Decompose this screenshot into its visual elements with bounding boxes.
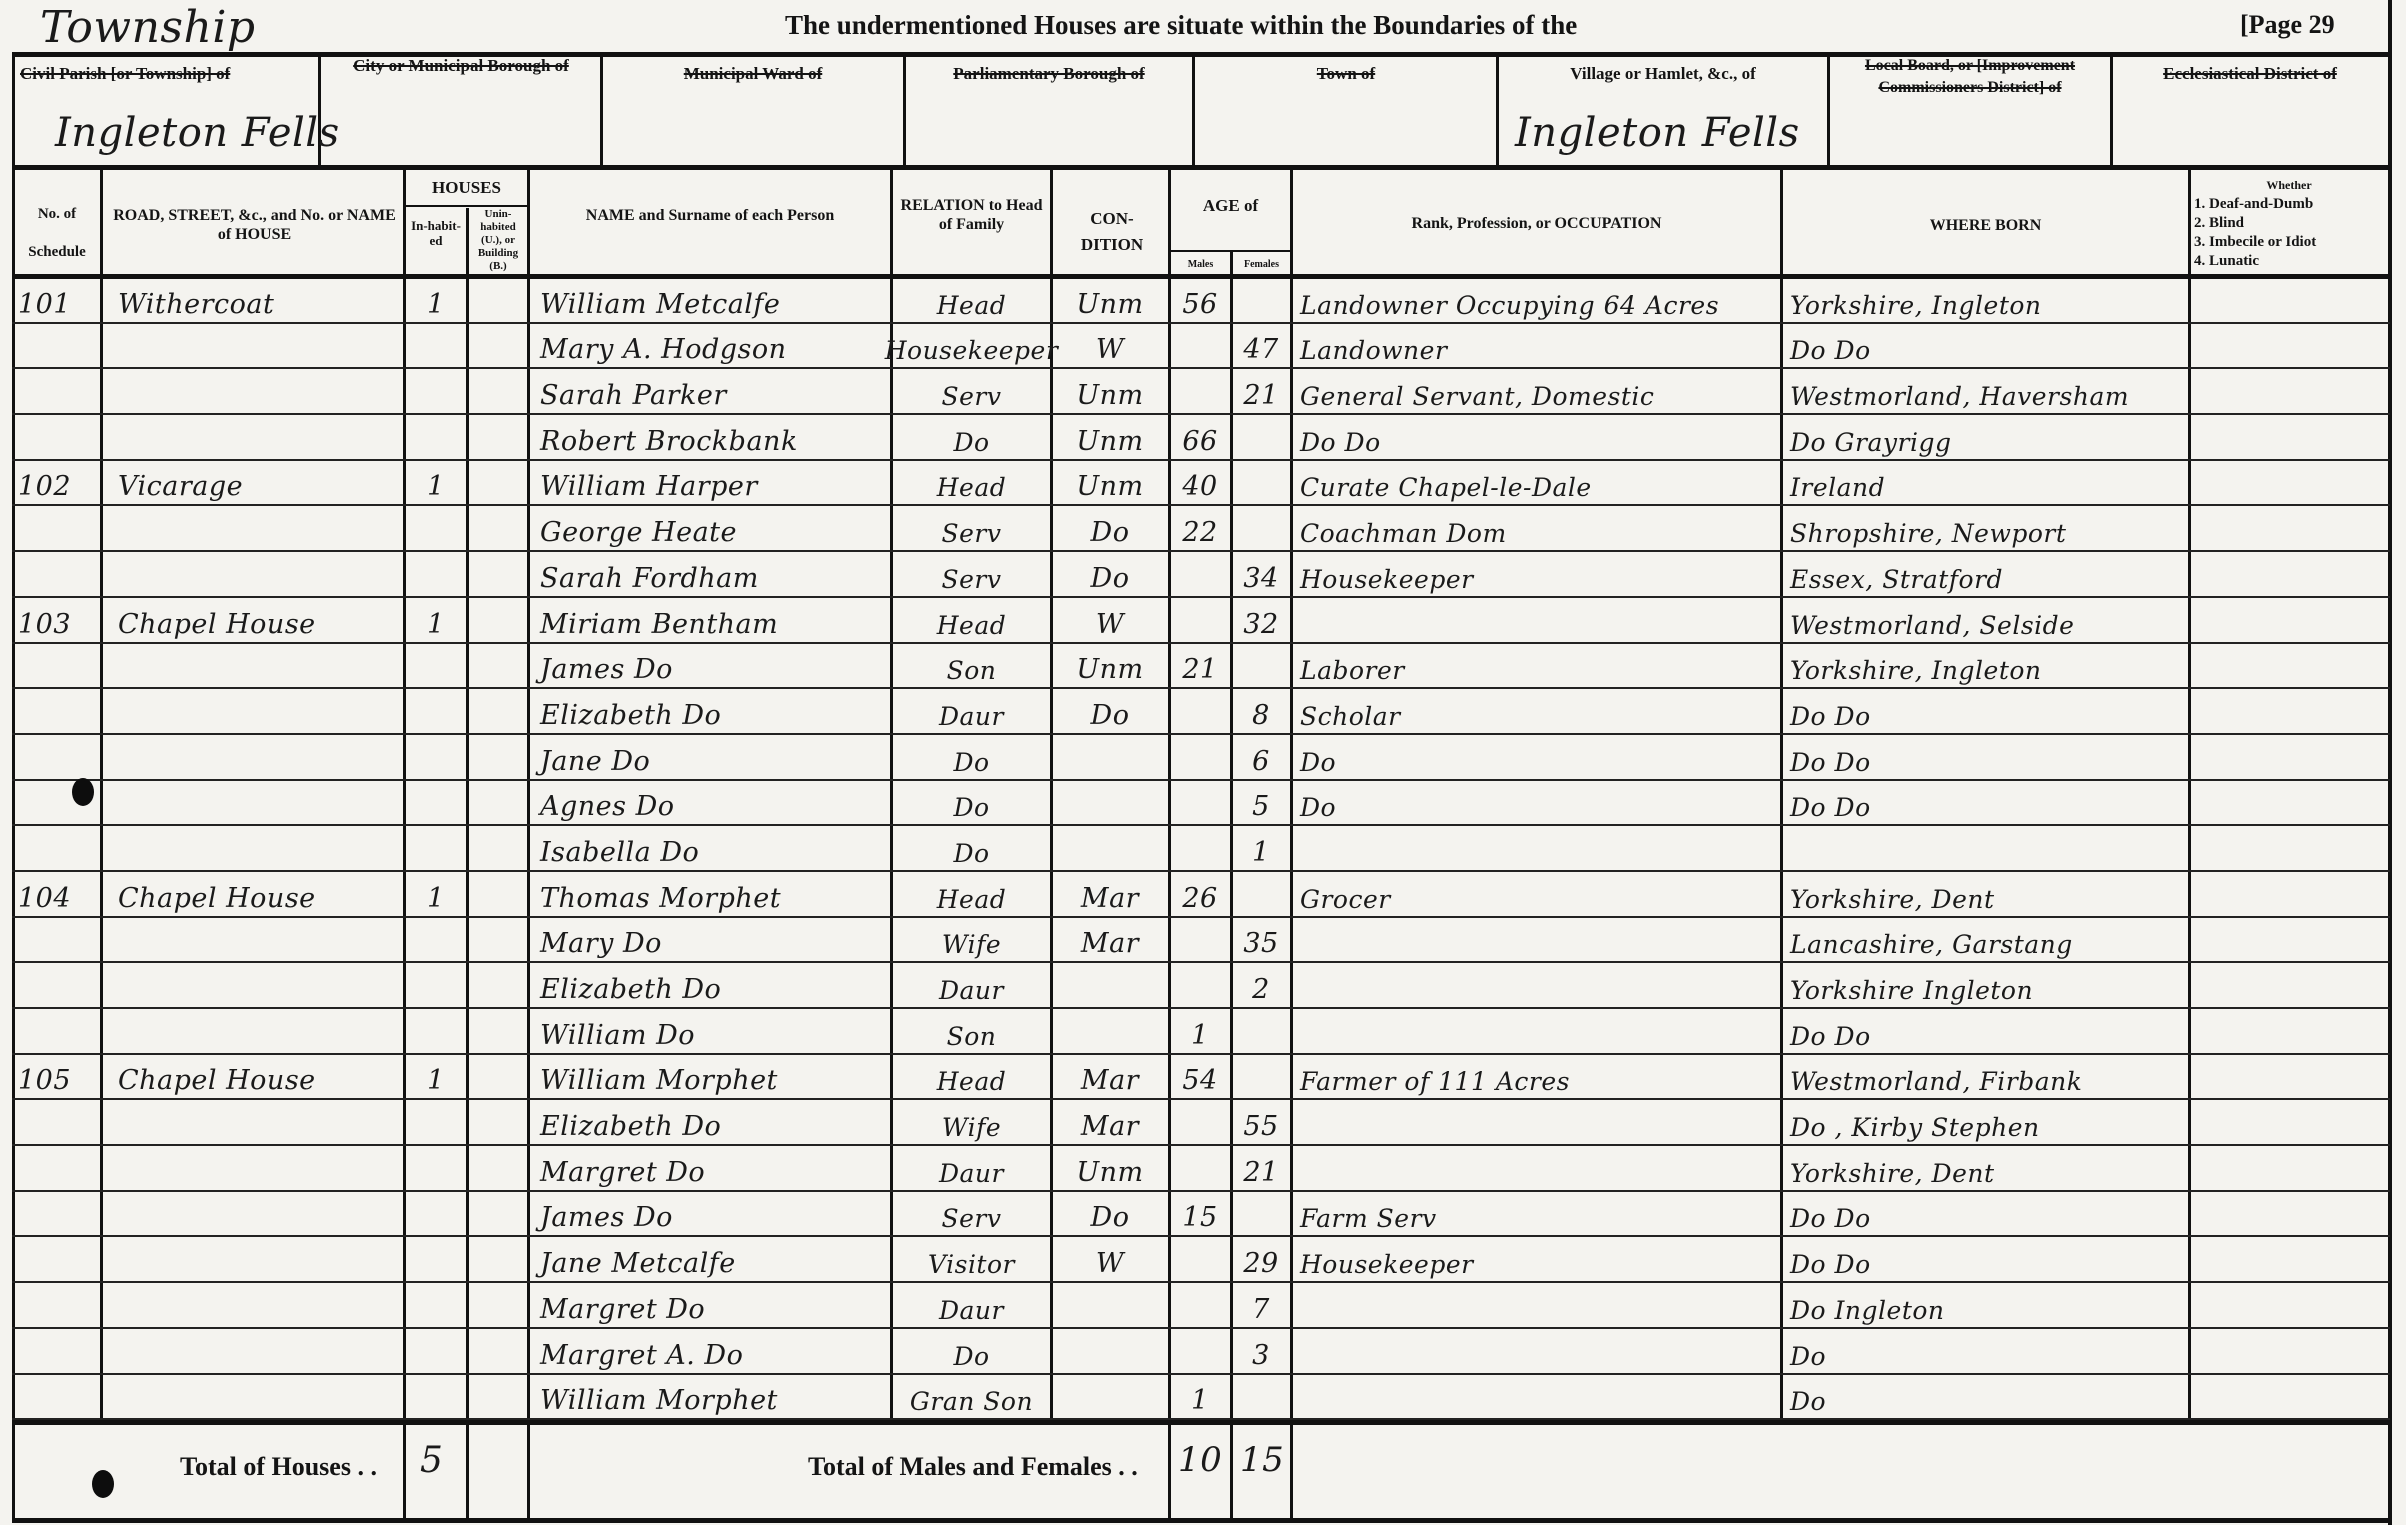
occupation bbox=[1300, 826, 1780, 872]
inhabited-count: 1 bbox=[406, 872, 466, 918]
person-name: Jane Metcalfe bbox=[540, 1237, 890, 1283]
relation-to-head: Serv bbox=[893, 369, 1050, 415]
district-divider bbox=[600, 55, 603, 165]
relation-to-head: Head bbox=[893, 1055, 1050, 1101]
age-female: 1 bbox=[1232, 826, 1290, 872]
age-male bbox=[1170, 1237, 1230, 1283]
house-name bbox=[118, 1283, 403, 1329]
schedule-number: 102 bbox=[18, 461, 100, 507]
header-uninhabited: Unin-habited (U.), or Building (B.) bbox=[469, 208, 527, 273]
age-male: 1 bbox=[1170, 1009, 1230, 1055]
table-row: Isabella DoDo1 bbox=[0, 826, 2406, 872]
header-where-born: WHERE BORN bbox=[1783, 216, 2188, 235]
header-occupation: Rank, Profession, or OCCUPATION bbox=[1293, 214, 1780, 233]
house-name bbox=[118, 415, 403, 461]
birthplace: Yorkshire, Dent bbox=[1790, 872, 2190, 918]
house-name bbox=[118, 369, 403, 415]
table-row: George HeateServDo22Coachman DomShropshi… bbox=[0, 506, 2406, 552]
marital-condition: W bbox=[1052, 324, 1168, 370]
birthplace: Do , Kirby Stephen bbox=[1790, 1100, 2190, 1146]
birthplace: Lancashire, Garstang bbox=[1790, 918, 2190, 964]
houses-subrule bbox=[403, 205, 530, 207]
marital-condition bbox=[1052, 1329, 1168, 1375]
schedule-number bbox=[18, 324, 100, 370]
marital-condition: Mar bbox=[1052, 1055, 1168, 1101]
occupation: Grocer bbox=[1300, 872, 1780, 918]
relation-to-head: Head bbox=[893, 278, 1050, 324]
person-name: William Morphet bbox=[540, 1055, 890, 1101]
occupation bbox=[1300, 598, 1780, 644]
relation-to-head: Serv bbox=[893, 552, 1050, 598]
occupation bbox=[1300, 1146, 1780, 1192]
inhabited-count bbox=[406, 781, 466, 827]
house-name: Chapel House bbox=[118, 1055, 403, 1101]
census-page: Township The undermentioned Houses are s… bbox=[0, 0, 2406, 1525]
birthplace: Yorkshire, Dent bbox=[1790, 1146, 2190, 1192]
table-row: Robert BrockbankDoUnm66Do DoDo Grayrigg bbox=[0, 415, 2406, 461]
relation-to-head: Head bbox=[893, 598, 1050, 644]
age-female bbox=[1232, 278, 1290, 324]
inhabited-count bbox=[406, 1237, 466, 1283]
infirmity-option-4: 4. Lunatic bbox=[2194, 252, 2384, 271]
header-road: ROAD, STREET, &c., and No. or NAME of HO… bbox=[106, 206, 403, 244]
occupation: Coachman Dom bbox=[1300, 506, 1780, 552]
house-name bbox=[118, 1192, 403, 1238]
marital-condition: Mar bbox=[1052, 1100, 1168, 1146]
age-male bbox=[1170, 1146, 1230, 1192]
district-label-ecclesiastical: Ecclesiastical District of bbox=[2114, 64, 2386, 84]
header-males: Males bbox=[1171, 255, 1230, 274]
age-male bbox=[1170, 735, 1230, 781]
age-female: 8 bbox=[1232, 689, 1290, 735]
district-divider bbox=[2110, 55, 2113, 165]
person-name: Sarah Parker bbox=[540, 369, 890, 415]
table-row: Elizabeth DoDaur2Yorkshire Ingleton bbox=[0, 963, 2406, 1009]
age-male: 15 bbox=[1170, 1192, 1230, 1238]
relation-to-head: Daur bbox=[893, 1146, 1050, 1192]
relation-to-head: Daur bbox=[893, 689, 1050, 735]
marital-condition: Do bbox=[1052, 552, 1168, 598]
age-male bbox=[1170, 963, 1230, 1009]
marital-condition: Unm bbox=[1052, 415, 1168, 461]
page-bottom-rule bbox=[12, 1518, 2390, 1523]
header-age: AGE of bbox=[1171, 196, 1290, 215]
house-name: Chapel House bbox=[118, 872, 403, 918]
marital-condition bbox=[1052, 781, 1168, 827]
age-male: 1 bbox=[1170, 1375, 1230, 1421]
person-name: Margret Do bbox=[540, 1146, 890, 1192]
table-row: James DoServDo15Farm ServDo Do bbox=[0, 1192, 2406, 1238]
age-female bbox=[1232, 1375, 1290, 1421]
age-female: 3 bbox=[1232, 1329, 1290, 1375]
age-male bbox=[1170, 781, 1230, 827]
person-name: William Metcalfe bbox=[540, 278, 890, 324]
district-label-local-board: Local Board, or [Improvement Commissione… bbox=[1831, 55, 2109, 99]
age-male bbox=[1170, 918, 1230, 964]
table-row: 102Vicarage1William HarperHeadUnm40Curat… bbox=[0, 461, 2406, 507]
birthplace: Shropshire, Newport bbox=[1790, 506, 2190, 552]
age-female: 35 bbox=[1232, 918, 1290, 964]
occupation: Do bbox=[1300, 735, 1780, 781]
birthplace: Yorkshire, Ingleton bbox=[1790, 278, 2190, 324]
schedule-number bbox=[18, 918, 100, 964]
person-name: William Do bbox=[540, 1009, 890, 1055]
relation-to-head: Visitor bbox=[893, 1237, 1050, 1283]
header-infirmity: Whether 1. Deaf-and-Dumb 2. Blind 3. Imb… bbox=[2194, 176, 2384, 271]
occupation: Housekeeper bbox=[1300, 1237, 1780, 1283]
birthplace: Do Do bbox=[1790, 689, 2190, 735]
age-female: 5 bbox=[1232, 781, 1290, 827]
age-female bbox=[1232, 1192, 1290, 1238]
occupation: Landowner bbox=[1300, 324, 1780, 370]
relation-to-head: Do bbox=[893, 826, 1050, 872]
age-male bbox=[1170, 689, 1230, 735]
schedule-number bbox=[18, 369, 100, 415]
schedule-number bbox=[18, 1192, 100, 1238]
person-name: Margret A. Do bbox=[540, 1329, 890, 1375]
page-number: [Page 29 bbox=[2240, 10, 2335, 40]
person-name: William Morphet bbox=[540, 1375, 890, 1421]
person-name: Isabella Do bbox=[540, 826, 890, 872]
occupation: General Servant, Domestic bbox=[1300, 369, 1780, 415]
age-female bbox=[1232, 461, 1290, 507]
marital-condition: W bbox=[1052, 598, 1168, 644]
schedule-number: 101 bbox=[18, 278, 100, 324]
house-name bbox=[118, 324, 403, 370]
marital-condition: Unm bbox=[1052, 1146, 1168, 1192]
inhabited-count: 1 bbox=[406, 278, 466, 324]
marital-condition: Unm bbox=[1052, 278, 1168, 324]
relation-to-head: Daur bbox=[893, 963, 1050, 1009]
birthplace: Do Do bbox=[1790, 324, 2190, 370]
district-divider bbox=[1496, 55, 1499, 165]
relation-to-head: Do bbox=[893, 735, 1050, 781]
header-name: NAME and Surname of each Person bbox=[540, 206, 880, 225]
table-row: William MorphetGran Son1Do bbox=[0, 1375, 2406, 1421]
age-male: 22 bbox=[1170, 506, 1230, 552]
inhabited-count bbox=[406, 1192, 466, 1238]
relation-to-head: Do bbox=[893, 1329, 1050, 1375]
occupation: Farmer of 111 Acres bbox=[1300, 1055, 1780, 1101]
age-male bbox=[1170, 1283, 1230, 1329]
age-female: 32 bbox=[1232, 598, 1290, 644]
occupation bbox=[1300, 1283, 1780, 1329]
marital-condition: Do bbox=[1052, 689, 1168, 735]
schedule-number bbox=[18, 1375, 100, 1421]
header-schedule: No. of Schedule bbox=[14, 195, 100, 271]
house-name bbox=[118, 918, 403, 964]
schedule-number: 103 bbox=[18, 598, 100, 644]
occupation: Laborer bbox=[1300, 644, 1780, 690]
table-row: Jane DoDo6DoDo Do bbox=[0, 735, 2406, 781]
total-houses-value: 5 bbox=[420, 1440, 443, 1481]
occupation: Curate Chapel-le-Dale bbox=[1300, 461, 1780, 507]
relation-to-head: Serv bbox=[893, 1192, 1050, 1238]
birthplace: Do Do bbox=[1790, 735, 2190, 781]
table-row: 101Withercoat1William MetcalfeHeadUnm56L… bbox=[0, 278, 2406, 324]
relation-to-head: Daur bbox=[893, 1283, 1050, 1329]
schedule-number bbox=[18, 1146, 100, 1192]
inhabited-count bbox=[406, 324, 466, 370]
birthplace: Do Do bbox=[1790, 1237, 2190, 1283]
table-row: William DoSon1Do Do bbox=[0, 1009, 2406, 1055]
schedule-number bbox=[18, 963, 100, 1009]
marital-condition: Do bbox=[1052, 1192, 1168, 1238]
schedule-number bbox=[18, 1009, 100, 1055]
total-persons-label: Total of Males and Females . . bbox=[808, 1452, 1138, 1482]
schedule-number bbox=[18, 1100, 100, 1146]
relation-to-head: Wife bbox=[893, 918, 1050, 964]
inhabited-count bbox=[406, 689, 466, 735]
table-row: Sarah ParkerServUnm21General Servant, Do… bbox=[0, 369, 2406, 415]
age-female: 6 bbox=[1232, 735, 1290, 781]
marital-condition bbox=[1052, 826, 1168, 872]
inhabited-count bbox=[406, 826, 466, 872]
age-subrule bbox=[1168, 250, 1290, 252]
occupation: Housekeeper bbox=[1300, 552, 1780, 598]
house-name bbox=[118, 1329, 403, 1375]
age-female: 34 bbox=[1232, 552, 1290, 598]
schedule-number bbox=[18, 1237, 100, 1283]
table-row: Margret DoDaurUnm21Yorkshire, Dent bbox=[0, 1146, 2406, 1192]
township-annotation: Township bbox=[40, 2, 256, 53]
age-female bbox=[1232, 1009, 1290, 1055]
house-name bbox=[118, 552, 403, 598]
house-name bbox=[118, 644, 403, 690]
marital-condition bbox=[1052, 735, 1168, 781]
inhabited-count bbox=[406, 1283, 466, 1329]
age-female: 29 bbox=[1232, 1237, 1290, 1283]
marital-condition: Unm bbox=[1052, 369, 1168, 415]
district-label-parliamentary-borough: Parliamentary Borough of bbox=[906, 64, 1192, 84]
occupation bbox=[1300, 963, 1780, 1009]
age-female bbox=[1232, 1055, 1290, 1101]
header-condition: CON-DITION bbox=[1062, 206, 1162, 258]
table-row: Mary A. HodgsonHousekeeperW47LandownerDo… bbox=[0, 324, 2406, 370]
page-title: The undermentioned Houses are situate wi… bbox=[785, 10, 1577, 41]
marital-condition: Unm bbox=[1052, 644, 1168, 690]
person-name: Robert Brockbank bbox=[540, 415, 890, 461]
schedule-number: 104 bbox=[18, 872, 100, 918]
inhabited-count bbox=[406, 1146, 466, 1192]
relation-to-head: Serv bbox=[893, 506, 1050, 552]
inhabited-count bbox=[406, 369, 466, 415]
person-name: William Harper bbox=[540, 461, 890, 507]
age-female: 7 bbox=[1232, 1283, 1290, 1329]
age-male bbox=[1170, 369, 1230, 415]
age-male: 56 bbox=[1170, 278, 1230, 324]
inhabited-count: 1 bbox=[406, 461, 466, 507]
occupation: Do Do bbox=[1300, 415, 1780, 461]
inhabited-count: 1 bbox=[406, 598, 466, 644]
occupation: Do bbox=[1300, 781, 1780, 827]
house-name bbox=[118, 781, 403, 827]
schedule-number: 105 bbox=[18, 1055, 100, 1101]
birthplace: Ireland bbox=[1790, 461, 2190, 507]
age-male: 54 bbox=[1170, 1055, 1230, 1101]
district-label-town: Town of bbox=[1196, 64, 1496, 84]
inhabited-count bbox=[406, 1375, 466, 1421]
age-male bbox=[1170, 598, 1230, 644]
birthplace: Essex, Stratford bbox=[1790, 552, 2190, 598]
relation-to-head: Housekeeper bbox=[893, 324, 1050, 370]
birthplace: Westmorland, Firbank bbox=[1790, 1055, 2190, 1101]
birthplace: Do Grayrigg bbox=[1790, 415, 2190, 461]
occupation bbox=[1300, 1100, 1780, 1146]
inhabited-count bbox=[406, 644, 466, 690]
table-row: Elizabeth DoDaurDo8ScholarDo Do bbox=[0, 689, 2406, 735]
occupation bbox=[1300, 1329, 1780, 1375]
house-name bbox=[118, 689, 403, 735]
table-row: James DoSonUnm21LaborerYorkshire, Inglet… bbox=[0, 644, 2406, 690]
house-name: Chapel House bbox=[118, 598, 403, 644]
age-male bbox=[1170, 552, 1230, 598]
ink-blot bbox=[72, 778, 94, 806]
person-name: Elizabeth Do bbox=[540, 963, 890, 1009]
age-male: 66 bbox=[1170, 415, 1230, 461]
person-name: Jane Do bbox=[540, 735, 890, 781]
marital-condition: Do bbox=[1052, 506, 1168, 552]
inhabited-count: 1 bbox=[406, 1055, 466, 1101]
table-row: Agnes DoDo5DoDo Do bbox=[0, 781, 2406, 827]
district-label-municipal-ward: Municipal Ward of bbox=[604, 64, 902, 84]
inhabited-count bbox=[406, 1329, 466, 1375]
person-name: Elizabeth Do bbox=[540, 689, 890, 735]
birthplace: Do Do bbox=[1790, 1192, 2190, 1238]
house-name bbox=[118, 826, 403, 872]
age-male: 40 bbox=[1170, 461, 1230, 507]
age-female bbox=[1232, 506, 1290, 552]
age-male bbox=[1170, 1329, 1230, 1375]
district-value-village: Ingleton Fells bbox=[1515, 110, 1825, 156]
header-inhabited: In-habit-ed bbox=[406, 218, 466, 248]
census-table-body: 101Withercoat1William MetcalfeHeadUnm56L… bbox=[0, 278, 2406, 1420]
ink-blot bbox=[92, 1470, 114, 1498]
schedule-number bbox=[18, 826, 100, 872]
schedule-number bbox=[18, 506, 100, 552]
table-row: Elizabeth DoWifeMar55Do , Kirby Stephen bbox=[0, 1100, 2406, 1146]
house-name bbox=[118, 506, 403, 552]
birthplace: Yorkshire Ingleton bbox=[1790, 963, 2190, 1009]
infirmity-title: Whether bbox=[2194, 176, 2384, 195]
age-female: 2 bbox=[1232, 963, 1290, 1009]
marital-condition bbox=[1052, 1375, 1168, 1421]
person-name: Mary A. Hodgson bbox=[540, 324, 890, 370]
inhabited-count bbox=[406, 506, 466, 552]
schedule-number bbox=[18, 552, 100, 598]
house-name bbox=[118, 1375, 403, 1421]
marital-condition bbox=[1052, 1009, 1168, 1055]
table-row: Margret A. DoDo3Do bbox=[0, 1329, 2406, 1375]
schedule-number bbox=[18, 735, 100, 781]
age-female: 55 bbox=[1232, 1100, 1290, 1146]
birthplace: Yorkshire, Ingleton bbox=[1790, 644, 2190, 690]
relation-to-head: Son bbox=[893, 644, 1050, 690]
house-name bbox=[118, 1146, 403, 1192]
inhabited-count bbox=[406, 963, 466, 1009]
relation-to-head: Son bbox=[893, 1009, 1050, 1055]
person-name: George Heate bbox=[540, 506, 890, 552]
inhabited-count bbox=[406, 735, 466, 781]
header-houses: HOUSES bbox=[403, 178, 530, 197]
infirmity-option-1: 1. Deaf-and-Dumb bbox=[2194, 195, 2384, 214]
district-value-civil-parish: Ingleton Fells bbox=[55, 110, 315, 156]
marital-condition bbox=[1052, 1283, 1168, 1329]
district-rule bbox=[12, 165, 2390, 170]
house-name bbox=[118, 1100, 403, 1146]
schedule-number bbox=[18, 644, 100, 690]
age-male bbox=[1170, 1100, 1230, 1146]
birthplace: Do Do bbox=[1790, 1009, 2190, 1055]
house-name: Withercoat bbox=[118, 278, 403, 324]
birthplace: Westmorland, Selside bbox=[1790, 598, 2190, 644]
table-row: 104Chapel House1Thomas MorphetHeadMar26G… bbox=[0, 872, 2406, 918]
birthplace: Do bbox=[1790, 1375, 2190, 1421]
age-female bbox=[1232, 644, 1290, 690]
relation-to-head: Head bbox=[893, 872, 1050, 918]
table-row: 105Chapel House1William MorphetHeadMar54… bbox=[0, 1055, 2406, 1101]
occupation: Landowner Occupying 64 Acres bbox=[1300, 278, 1780, 324]
person-name: Agnes Do bbox=[540, 781, 890, 827]
relation-to-head: Do bbox=[893, 781, 1050, 827]
person-name: James Do bbox=[540, 644, 890, 690]
person-name: Sarah Fordham bbox=[540, 552, 890, 598]
totals-top-rule bbox=[12, 1420, 2390, 1425]
person-name: Thomas Morphet bbox=[540, 872, 890, 918]
age-male bbox=[1170, 826, 1230, 872]
relation-to-head: Wife bbox=[893, 1100, 1050, 1146]
occupation bbox=[1300, 1375, 1780, 1421]
age-female bbox=[1232, 872, 1290, 918]
birthplace: Do Ingleton bbox=[1790, 1283, 2190, 1329]
relation-to-head: Do bbox=[893, 415, 1050, 461]
table-row: Sarah FordhamServDo34HousekeeperEssex, S… bbox=[0, 552, 2406, 598]
schedule-number bbox=[18, 1283, 100, 1329]
inhabited-count bbox=[406, 1009, 466, 1055]
house-name bbox=[118, 1237, 403, 1283]
age-male bbox=[1170, 324, 1230, 370]
age-male: 21 bbox=[1170, 644, 1230, 690]
infirmity-option-2: 2. Blind bbox=[2194, 214, 2384, 233]
table-row: Jane MetcalfeVisitorW29HousekeeperDo Do bbox=[0, 1237, 2406, 1283]
table-row: Mary DoWifeMar35Lancashire, Garstang bbox=[0, 918, 2406, 964]
birthplace: Do bbox=[1790, 1329, 2190, 1375]
district-divider bbox=[1827, 55, 1830, 165]
marital-condition bbox=[1052, 963, 1168, 1009]
header-females: Females bbox=[1233, 255, 1290, 274]
occupation bbox=[1300, 1009, 1780, 1055]
inhabited-count bbox=[406, 918, 466, 964]
occupation: Farm Serv bbox=[1300, 1192, 1780, 1238]
person-name: James Do bbox=[540, 1192, 890, 1238]
schedule-number bbox=[18, 1329, 100, 1375]
district-divider bbox=[1192, 55, 1195, 165]
district-label-village: Village or Hamlet, &c., of bbox=[1500, 64, 1826, 84]
district-label-civil-parish: Civil Parish [or Township] of bbox=[20, 64, 318, 84]
birthplace bbox=[1790, 826, 2190, 872]
marital-condition: Unm bbox=[1052, 461, 1168, 507]
person-name: Mary Do bbox=[540, 918, 890, 964]
occupation bbox=[1300, 918, 1780, 964]
birthplace: Westmorland, Haversham bbox=[1790, 369, 2190, 415]
age-female bbox=[1232, 415, 1290, 461]
table-row: 103Chapel House1Miriam BenthamHeadW32Wes… bbox=[0, 598, 2406, 644]
total-males-value: 10 bbox=[1178, 1440, 1222, 1480]
schedule-number bbox=[18, 415, 100, 461]
house-name: Vicarage bbox=[118, 461, 403, 507]
person-name: Miriam Bentham bbox=[540, 598, 890, 644]
age-female: 21 bbox=[1232, 369, 1290, 415]
